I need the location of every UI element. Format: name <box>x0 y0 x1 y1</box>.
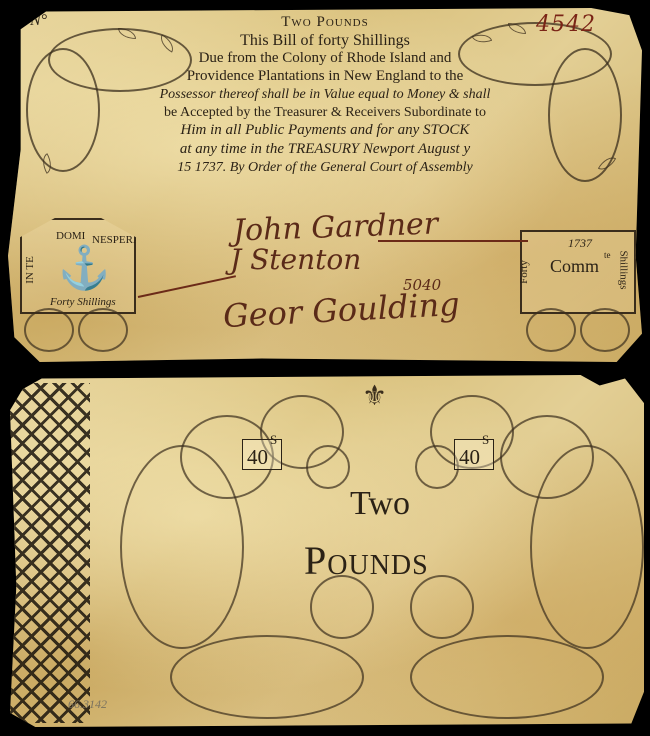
signature-flourish <box>378 240 528 242</box>
acanthus-scroll <box>410 635 604 719</box>
denomination-value: 40 <box>247 445 268 469</box>
text-line-3: Providence Plantations in New England to… <box>8 68 642 85</box>
denomination-value: 40 <box>459 445 480 469</box>
denomination-box-right: 40S <box>454 439 494 470</box>
anchor-icon: ⚓ <box>58 244 110 293</box>
signature-geor-goulding: Geor Goulding <box>222 285 460 335</box>
scroll-ornament <box>24 308 74 352</box>
guilloche-lattice <box>10 383 90 723</box>
denomination-suffix: S <box>482 432 489 447</box>
flower-ornament <box>415 445 459 489</box>
signature-stenton: J Stenton <box>230 243 361 276</box>
text-line-2: Due from the Colony of Rhode Island and <box>8 50 642 67</box>
signature-flourish <box>138 275 236 298</box>
acanthus-scroll <box>170 635 364 719</box>
banknote-front: N° 4542 Two Pounds This Bill of forty Sh… <box>8 8 642 362</box>
cartouche-left-text: Forty <box>518 260 530 284</box>
flower-ornament <box>410 575 474 639</box>
cartouche-year: 1737 <box>568 236 592 251</box>
scroll-ornament <box>526 308 576 352</box>
motto-left: IN TE <box>24 256 36 284</box>
banknote-back: ⚜ 40S 40S Two Pounds 66.3142 <box>10 375 644 727</box>
committee-cartouche: 1737 Comm te Forty Shillings <box>520 230 636 314</box>
note-title: Two Pounds <box>8 14 642 31</box>
anchor-cartouche: DOMI NESPERAN IN TE ⚓ Forty Shillings <box>20 218 136 314</box>
inventory-mark: 66.3142 <box>68 697 107 712</box>
back-title-two: Two <box>350 485 410 523</box>
acanthus-scroll <box>530 445 644 649</box>
flower-ornament <box>310 575 374 639</box>
cartouche-right-text: Shillings <box>618 250 630 289</box>
flower-ornament <box>306 445 350 489</box>
text-line-4: Possessor thereof shall be in Value equa… <box>8 86 642 103</box>
scroll-ornament <box>580 308 630 352</box>
denomination-suffix: S <box>270 432 277 447</box>
denomination-box-left: 40S <box>242 439 282 470</box>
scroll-ornament <box>78 308 128 352</box>
cartouche-superscript: te <box>604 250 611 260</box>
back-title-pounds: Pounds <box>304 537 429 584</box>
cartouche-center-text: Comm <box>550 256 599 277</box>
text-line-6: Him in all Public Payments and for any S… <box>8 122 642 139</box>
text-line-8: 15 1737. By Order of the General Court o… <box>8 159 642 176</box>
text-line-5: be Accepted by the Treasurer & Receivers… <box>8 104 642 121</box>
motto-top: DOMI <box>56 230 85 242</box>
cartouche-bottom-text: Forty Shillings <box>50 296 116 308</box>
text-line-1: This Bill of forty Shillings <box>8 32 642 49</box>
text-line-7: at any time in the TREASURY Newport Augu… <box>8 141 642 158</box>
tulip-ornament-icon: ⚜ <box>362 379 387 413</box>
